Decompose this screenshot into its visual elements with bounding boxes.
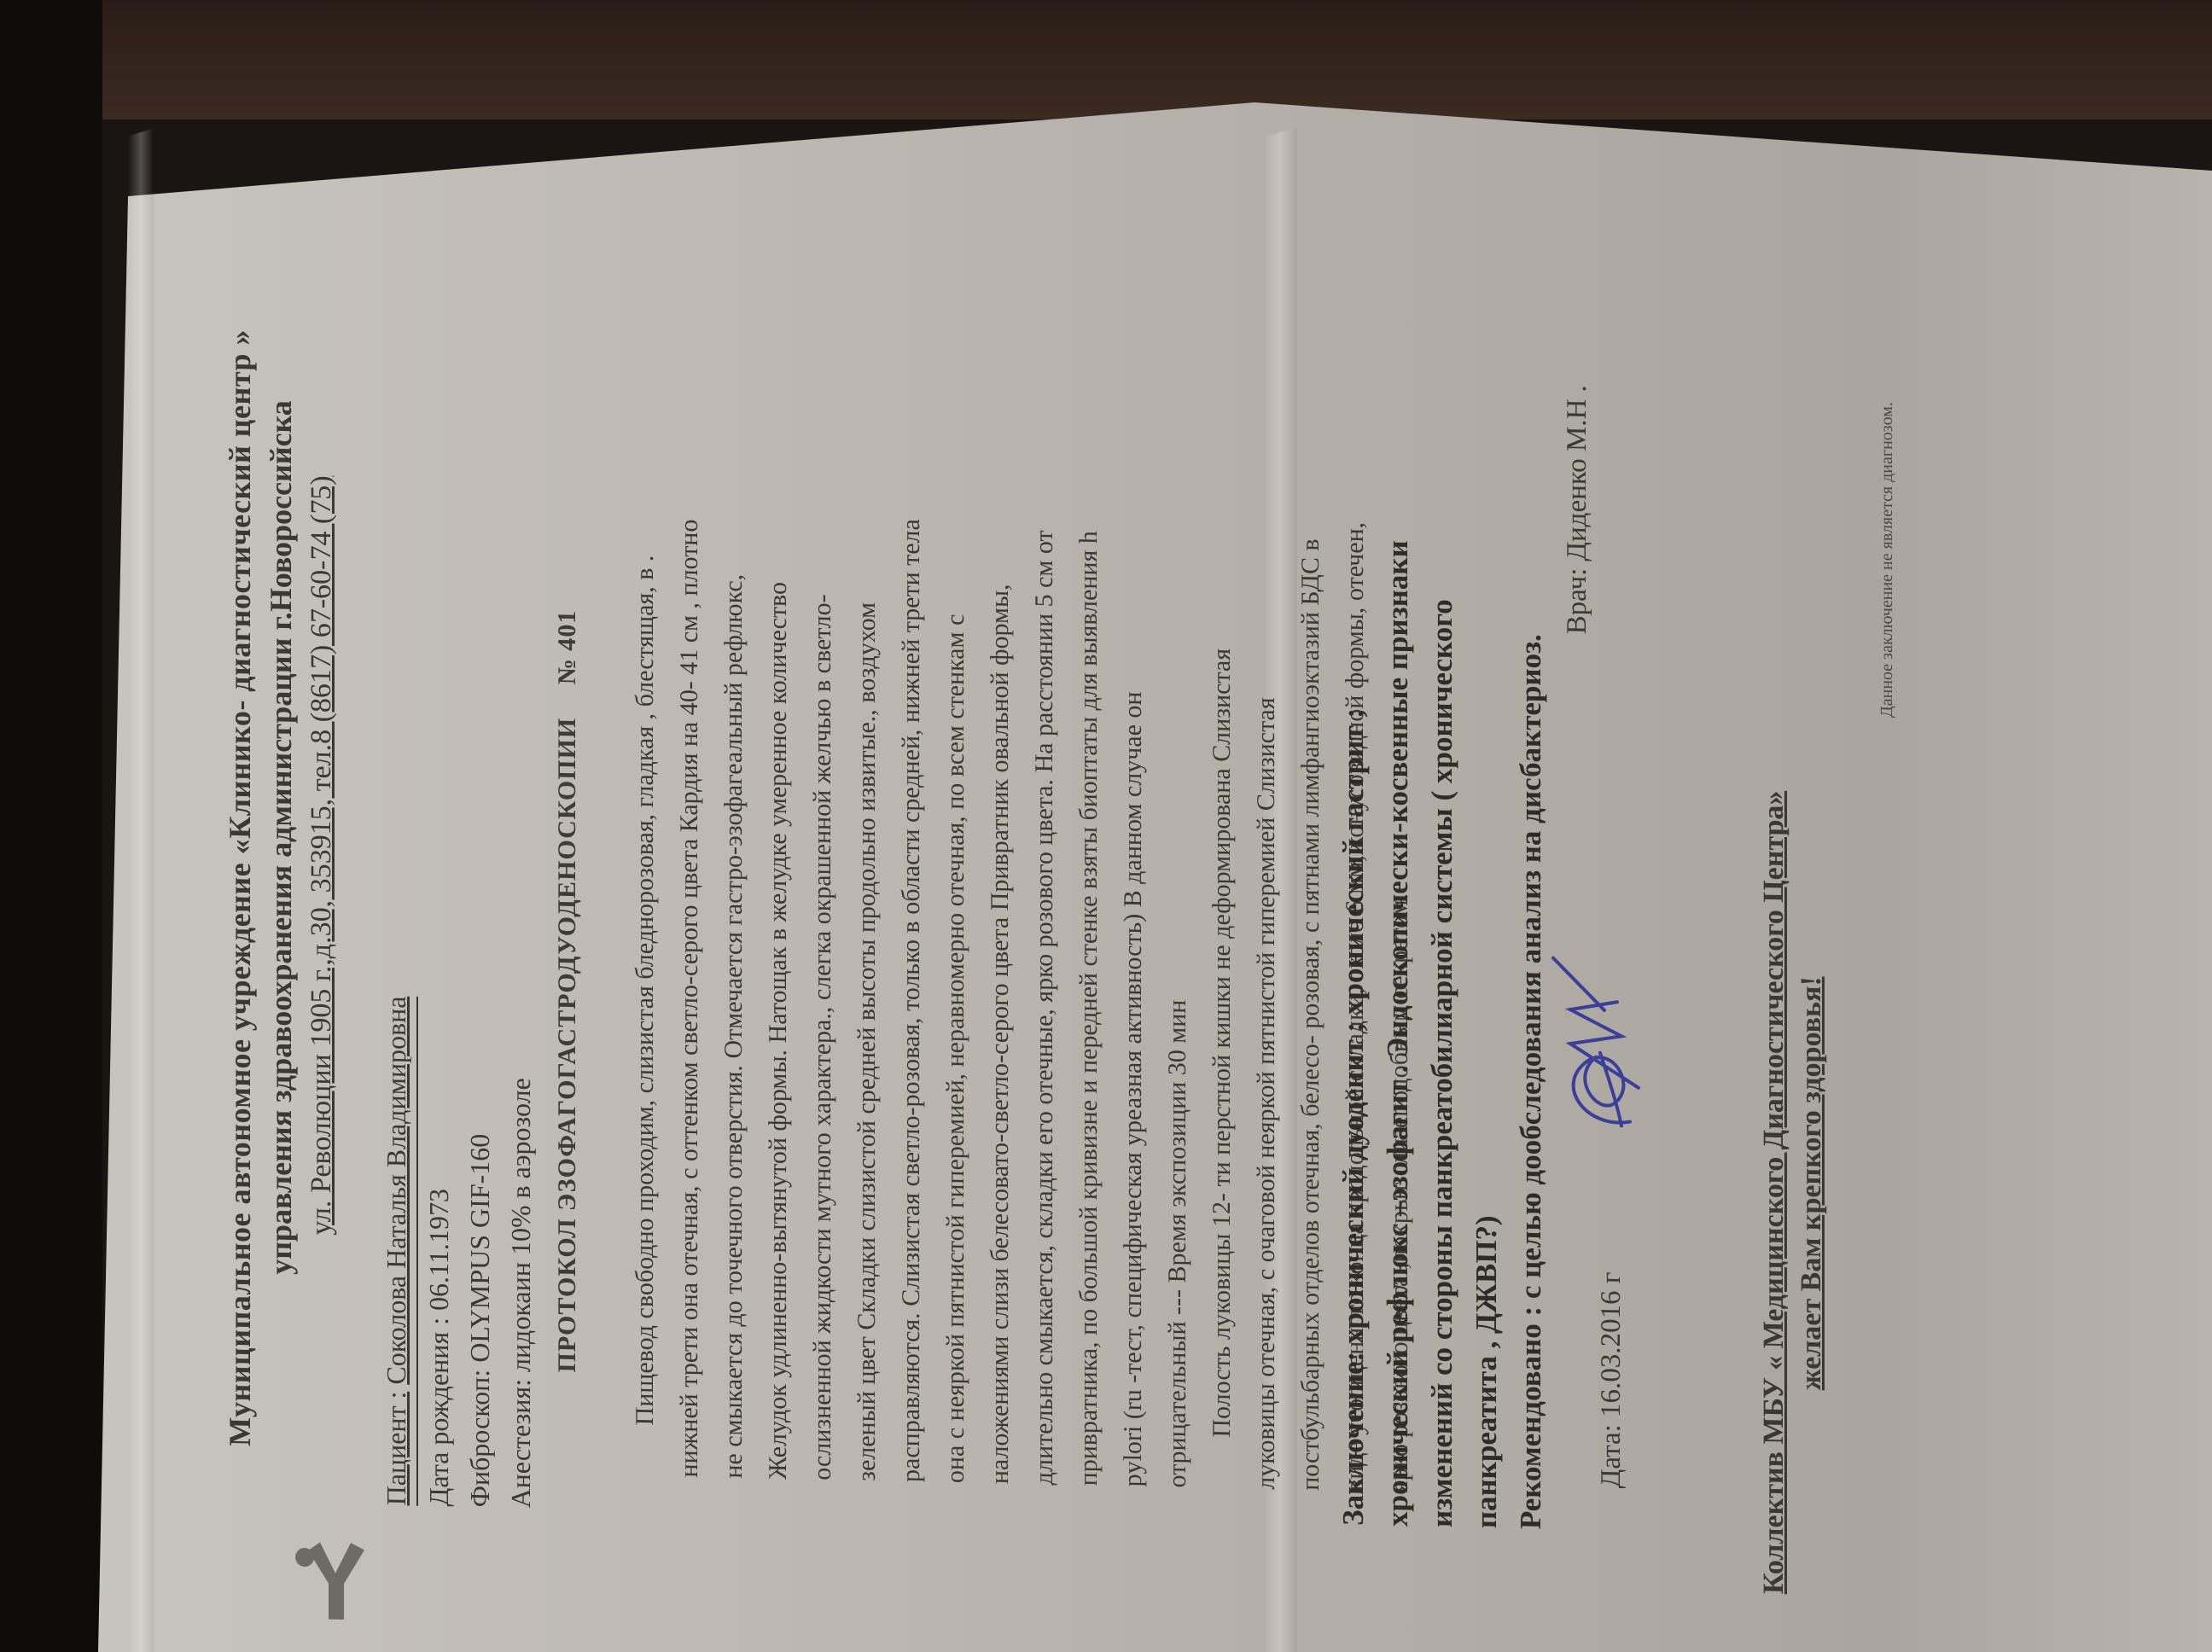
report-date: Дата: 16.03.2016 г bbox=[1596, 1271, 1627, 1488]
fibroscope-value: OLYMPUS GIF-160 bbox=[464, 1133, 495, 1363]
patient-name-row: Пациент : Соколова Наталья Владимировна bbox=[375, 996, 418, 1506]
conclusion-line: хронический рефлюкс –эзофагит . Эндоскоп… bbox=[1376, 540, 1420, 1527]
organization-name: Муниципальное автономное учреждение «Кли… bbox=[222, 188, 258, 1588]
fibroscope-row: Фиброскоп: OLYMPUS GIF-160 bbox=[459, 998, 500, 1508]
organization-subtitle: управления здравоохранения администрации… bbox=[263, 189, 299, 1589]
findings-line: нижней трети она отечная, с оттенком све… bbox=[667, 129, 712, 1478]
birth-date-value: 06.11.1973 bbox=[423, 1189, 454, 1312]
paper-edge bbox=[128, 0, 154, 1652]
findings-line: Пищевод свободно проходим, слизистая бле… bbox=[623, 128, 667, 1477]
doctor-name: Врач: Диденко М.Н . bbox=[1562, 385, 1593, 635]
patient-label: Пациент : bbox=[381, 1391, 411, 1506]
fibroscope-label: Фиброскоп: bbox=[464, 1369, 495, 1507]
conclusion-line: панкреатита , ДЖВП?) bbox=[1464, 542, 1509, 1529]
footer-greeting: Коллектив МБУ « Медицинского Диагностиче… bbox=[1758, 790, 1828, 1595]
background-left bbox=[0, 0, 102, 1652]
patient-info: Пациент : Соколова Наталья Владимировна … bbox=[375, 996, 541, 1509]
findings-line: зеленый цвет Складки слизистой средней в… bbox=[845, 132, 889, 1481]
findings-line: pylori (ru -тест, специфическая уреазная… bbox=[1111, 138, 1155, 1487]
birth-date-row: Дата рождения : 06.11.1973 bbox=[418, 997, 459, 1507]
protocol-title: ПРОТОКОЛ ЭЗОФАГОГАСТРОДУОДЕНОСКОПИИ № 40… bbox=[553, 609, 582, 1373]
findings-line: привратника, по большой кривизне и перед… bbox=[1067, 137, 1111, 1486]
patient-name: Соколова Наталья Владимировна bbox=[381, 996, 411, 1385]
findings-line: не смыкается до точечного отверстия. Отм… bbox=[712, 130, 756, 1479]
conclusion-line: Заключение: хронический дуоденит ; хрони… bbox=[1331, 539, 1376, 1527]
findings-line: расправляются. Слизистая светло-розовая,… bbox=[889, 133, 934, 1482]
birth-date-label: Дата рождения : bbox=[423, 1318, 454, 1507]
protocol-title-text: ПРОТОКОЛ ЭЗОФАГОГАСТРОДУОДЕНОСКОПИИ bbox=[553, 717, 581, 1372]
findings-line: длительно смыкается, складки его отечные… bbox=[1022, 137, 1067, 1486]
medical-report: Муниципальное автономное учреждение «Кли… bbox=[222, 171, 1997, 1652]
findings-line: Полость луковицы 12- ти перстной кишки н… bbox=[1200, 140, 1244, 1489]
findings-line: наложениями слизи белесовато-светло-серо… bbox=[978, 136, 1022, 1485]
findings-line: ослизненной жидкости мутного характера.,… bbox=[800, 131, 845, 1480]
findings-line: она с неяркой пятнистой гиперемией, нера… bbox=[934, 134, 978, 1483]
background-top bbox=[0, 0, 2212, 119]
findings-line: луковицы отечная, с очаговой неяркой пят… bbox=[1244, 141, 1289, 1490]
handwritten-signature-icon bbox=[1536, 949, 1664, 1139]
disclaimer: Данное заключение не является диагнозом. bbox=[1877, 402, 1897, 718]
organization-address: ул. Революции 1905 г.,д.30, 353915, тел.… bbox=[306, 189, 338, 1590]
protocol-number: № 401 bbox=[553, 609, 581, 684]
examination-findings: Пищевод свободно проходим, слизистая бле… bbox=[623, 128, 1422, 1493]
footer-line1: Коллектив МБУ « Медицинского Диагностиче… bbox=[1758, 790, 1790, 1594]
findings-line: постбульбарных отделов отечная, белесо- … bbox=[1289, 142, 1333, 1491]
footer-line2: желает Вам крепкого здоровья! bbox=[1796, 791, 1828, 1390]
anesthesia-row: Анестезия: лидокаин 10% в аэрозоле bbox=[500, 998, 541, 1509]
anesthesia-label: Анестезия: bbox=[505, 1379, 536, 1509]
report-header: Муниципальное автономное учреждение «Кли… bbox=[222, 188, 338, 1590]
findings-line: Желудок удлиненно-вытянутой формы. Натощ… bbox=[756, 131, 800, 1480]
conclusion-section: Заключение: хронический дуоденит ; хрони… bbox=[1331, 539, 1553, 1530]
anesthesia-value: лидокаин 10% в аэрозоле bbox=[505, 1078, 536, 1373]
conclusion-line: изменений со стороны панкреатобилиарной … bbox=[1420, 541, 1464, 1528]
findings-line: отрицательный --- Время экспозиции 30 ми… bbox=[1155, 139, 1200, 1488]
